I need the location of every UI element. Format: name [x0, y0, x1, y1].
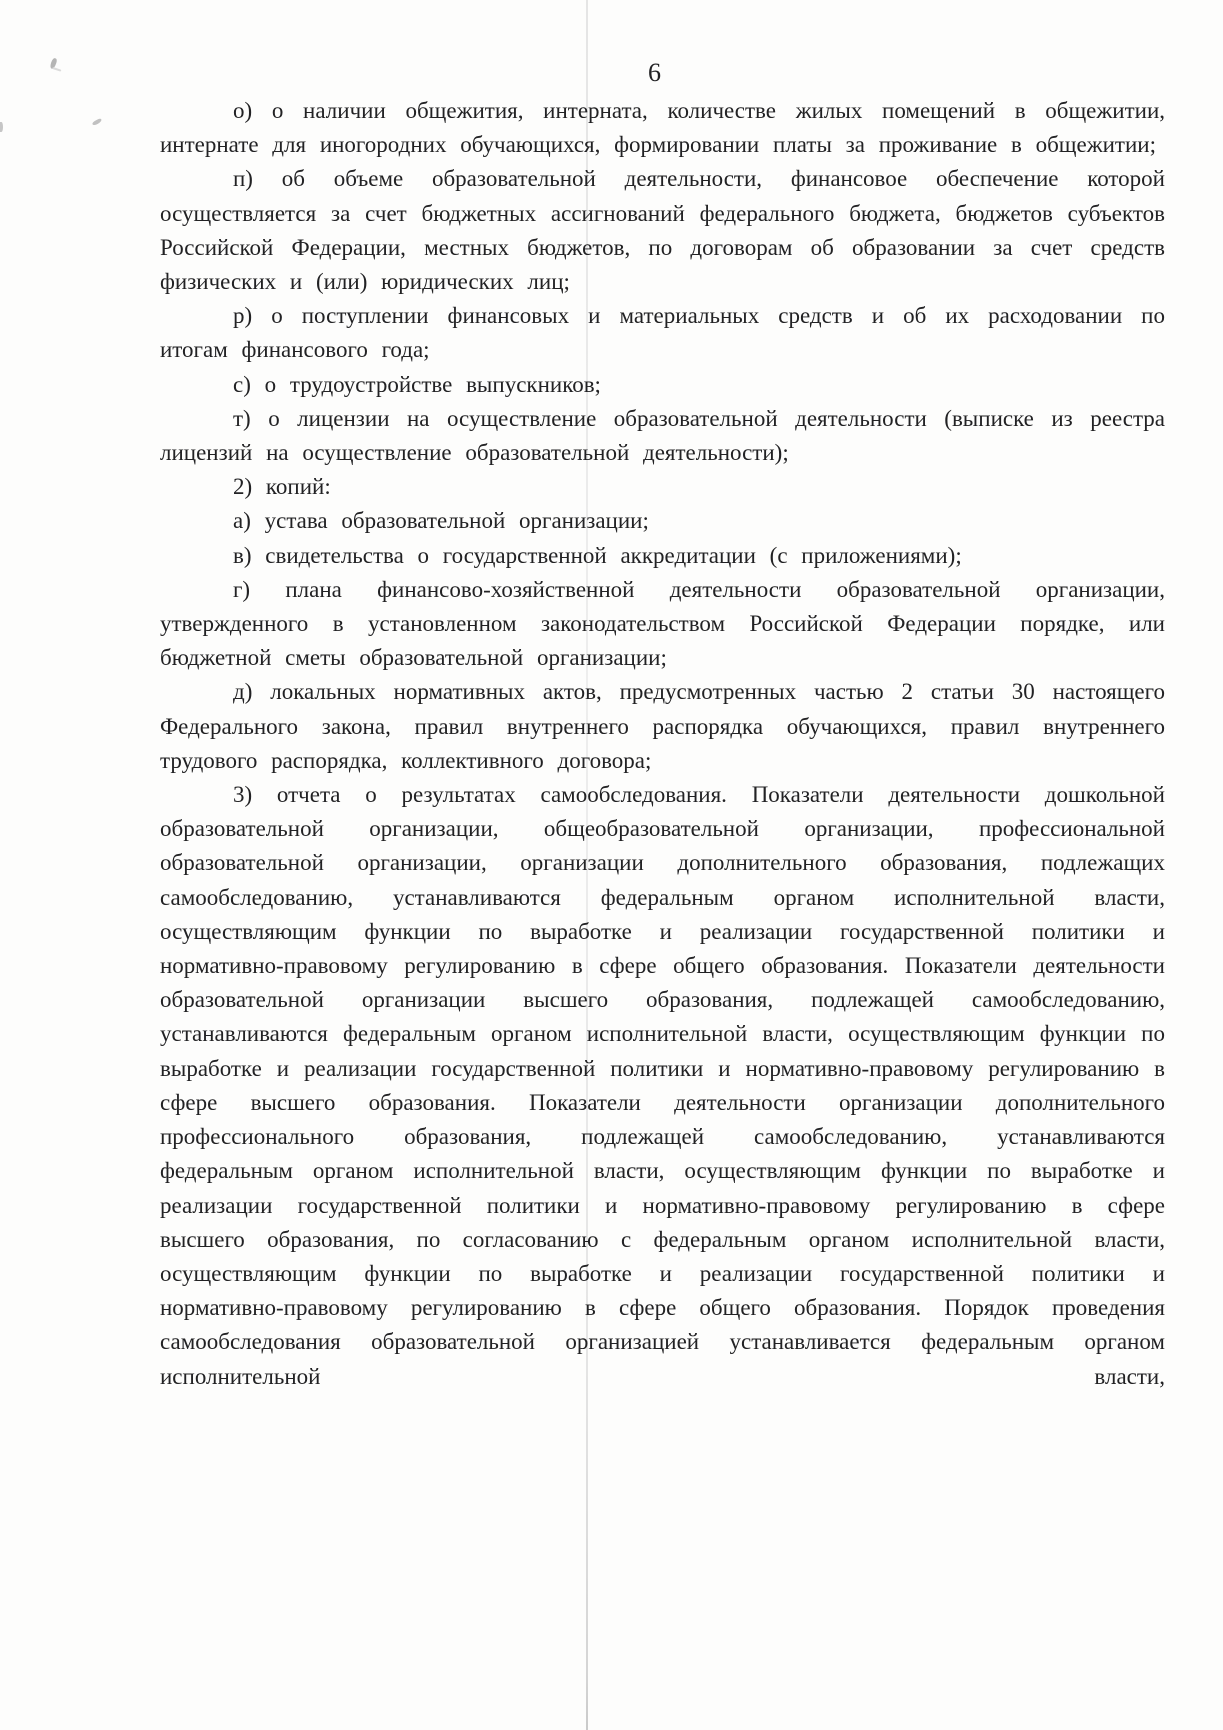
paragraph: в) свидетельства о государственной аккре… [160, 539, 1165, 573]
paragraph: п) об объеме образовательной деятельност… [160, 162, 1165, 299]
scan-speckle [92, 118, 103, 126]
scan-speckle [0, 122, 3, 132]
paragraph: 2) копий: [160, 470, 1165, 504]
paragraph: 3) отчета о результатах самообследования… [160, 778, 1165, 1394]
paragraph: р) о поступлении финансовых и материальн… [160, 299, 1165, 367]
document-page: 6 о) о наличии общежития, интерната, кол… [0, 0, 1223, 1730]
paragraph: г) плана финансово-хозяйственной деятель… [160, 573, 1165, 676]
scan-speckle [49, 57, 57, 69]
paragraph: д) локальных нормативных актов, предусмо… [160, 675, 1165, 778]
document-body-text: о) о наличии общежития, интерната, колич… [160, 94, 1165, 1394]
page-number: 6 [648, 58, 662, 88]
paragraph: т) о лицензии на осуществление образоват… [160, 402, 1165, 470]
paragraph: с) о трудоустройстве выпускников; [160, 368, 1165, 402]
paragraph: а) устава образовательной организации; [160, 504, 1165, 538]
paragraph: о) о наличии общежития, интерната, колич… [160, 94, 1165, 162]
